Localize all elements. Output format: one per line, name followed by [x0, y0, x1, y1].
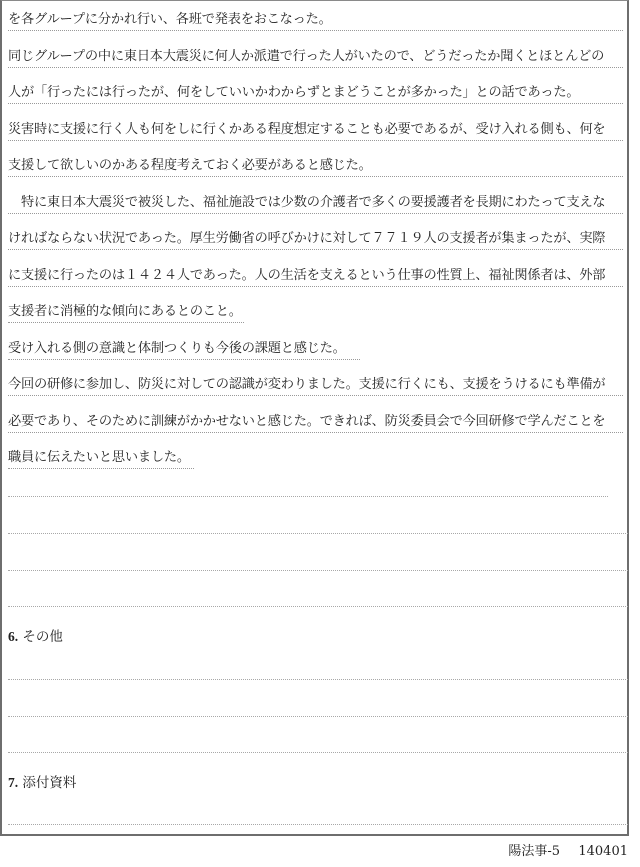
- report-line: 人が「行ったには行ったが、何をしていいかわからずとまどうことが多かった」との話で…: [8, 83, 623, 103]
- section-7-heading: 7. 添付資料: [8, 773, 76, 793]
- blank-writing-line: [8, 716, 628, 717]
- blank-writing-line: [8, 570, 628, 571]
- section-number: 6.: [8, 629, 18, 644]
- blank-writing-line: [8, 824, 628, 825]
- blank-writing-line: [8, 606, 628, 607]
- report-line: 災害時に支援に行く人も何をしに行くかある程度想定することも必要であるが、受け入れ…: [8, 120, 623, 140]
- blank-writing-line: [8, 496, 608, 497]
- document-footer: 陽法事-5 140401: [508, 843, 628, 861]
- report-line: に支援に行ったのは１４２４人であった。人の生活を支えるという仕事の性質上、福祉関…: [8, 266, 623, 286]
- document-code: 陽法事-5: [508, 844, 560, 859]
- document-date-code: 140401: [578, 844, 628, 859]
- report-line: 職員に伝えたいと思いました。: [8, 448, 194, 468]
- section-number: 7.: [8, 775, 18, 790]
- blank-writing-line: [8, 679, 628, 680]
- section-title: 添付資料: [22, 775, 76, 791]
- report-line: 同じグループの中に東日本大震災に何人か派遣で行った人がいたので、どうだったか聞く…: [8, 47, 623, 67]
- report-line: ければならない状況であった。厚生労働省の呼びかけに対して７７１９人の支援者が集ま…: [8, 229, 623, 249]
- blank-writing-line: [8, 533, 628, 534]
- report-line: を各グループに分かれ行い、各班で発表をおこなった。: [8, 10, 623, 30]
- report-line: 支援者に消極的な傾向にあるとのこと。: [8, 302, 244, 322]
- report-line: 今回の研修に参加し、防災に対しての認識が変わりました。支援に行くにも、支援をうけ…: [8, 375, 623, 395]
- section-6-heading: 6. その他: [8, 627, 63, 647]
- report-line: 受け入れる側の意識と体制つくりも今後の課題と感じた。: [8, 339, 360, 359]
- report-line: 特に東日本大震災で被災した、福祉施設では少数の介護者で多くの要援護者を長期にわた…: [8, 193, 623, 213]
- report-line: 必要であり、そのために訓練がかかせないと感じた。できれば、防災委員会で今回研修で…: [8, 412, 623, 432]
- report-line: 支援して欲しいのかある程度考えておく必要があると感じた。: [8, 156, 623, 176]
- blank-writing-line: [8, 752, 628, 753]
- section-title: その他: [22, 629, 63, 645]
